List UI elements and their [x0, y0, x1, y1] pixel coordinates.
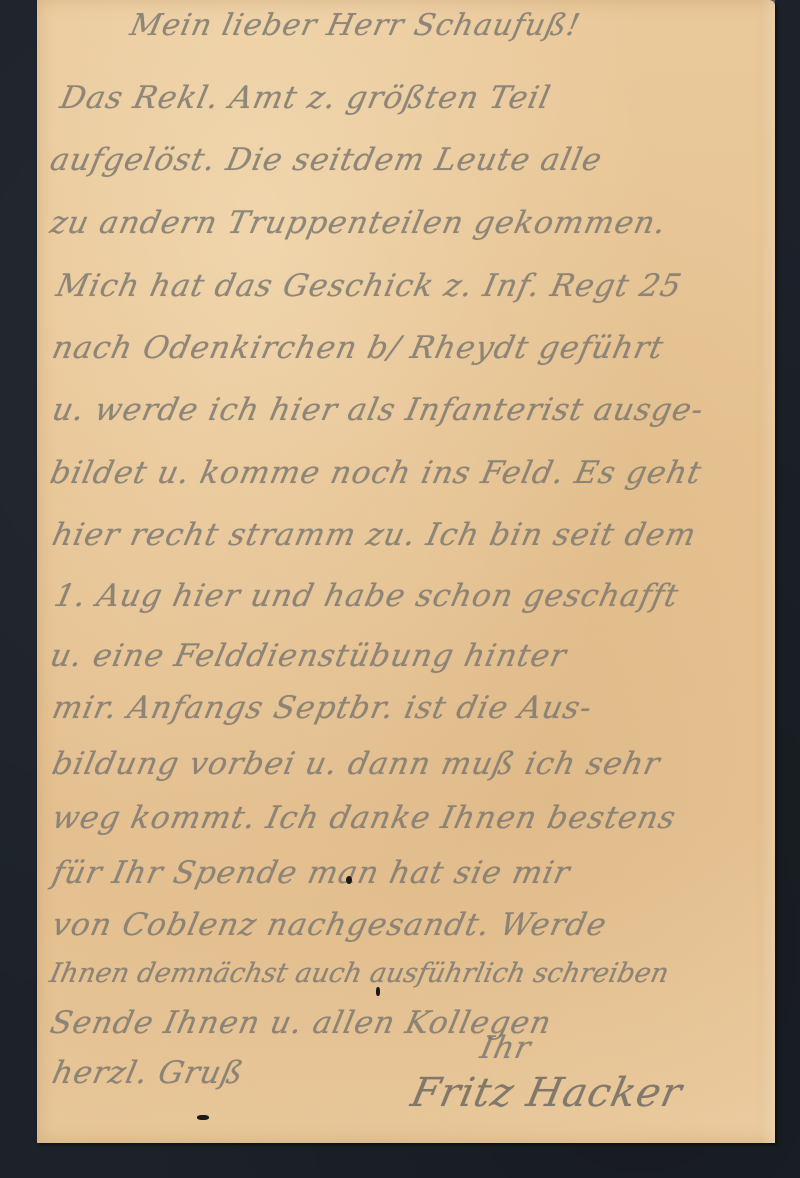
- body-line: zu andern Truppenteilen gekommen.: [47, 205, 670, 241]
- body-line: Sende Ihnen u. allen Kollegen: [47, 1005, 555, 1041]
- ink-speck: [197, 1115, 209, 1120]
- body-line: nach Odenkirchen b/ Rheydt geführt: [49, 330, 667, 366]
- body-line: bildung vorbei u. dann muß ich sehr: [49, 746, 664, 782]
- postcard: Mein lieber Herr Schaufuß! Das Rekl. Amt…: [37, 0, 775, 1143]
- body-line: u. eine Felddienstübung hinter: [47, 638, 570, 674]
- signature: Fritz Hacker: [407, 1070, 686, 1116]
- closing: Ihr: [477, 1030, 535, 1066]
- body-line: 1. Aug hier und habe schon geschafft: [51, 578, 682, 614]
- body-line: mir. Anfangs Septbr. ist die Aus-: [49, 690, 596, 726]
- body-line: von Coblenz nachgesandt. Werde: [49, 907, 610, 943]
- body-line: aufgelöst. Die seitdem Leute alle: [47, 142, 606, 178]
- body-line: Ihnen demnächst auch ausführlich schreib…: [47, 958, 672, 989]
- ink-speck: [346, 876, 352, 884]
- body-line: u. werde ich hier als Infanterist ausge-: [49, 392, 707, 428]
- salutation: Mein lieber Herr Schaufuß!: [127, 8, 584, 43]
- body-line: hier recht stramm zu. Ich bin seit dem: [49, 517, 700, 553]
- body-line: bildet u. komme noch ins Feld. Es geht: [47, 455, 705, 491]
- body-line: herzl. Gruß: [49, 1055, 247, 1091]
- body-line: weg kommt. Ich danke Ihnen bestens: [49, 800, 679, 836]
- body-line: Das Rekl. Amt z. größten Teil: [57, 80, 554, 116]
- ink-speck: [376, 987, 380, 996]
- body-line: Mich hat das Geschick z. Inf. Regt 25: [53, 268, 685, 304]
- body-line: für Ihr Spende man hat sie mir: [49, 855, 574, 891]
